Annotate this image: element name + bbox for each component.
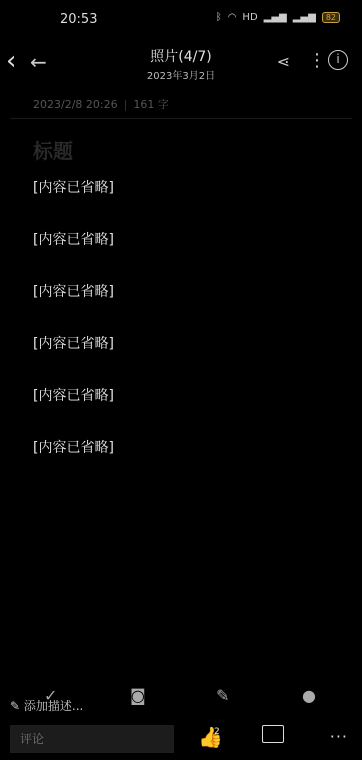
wifi-icon: ◠ bbox=[228, 12, 237, 23]
status-icons: ᛒ ◠ HD ▂▄▆ ▂▄▆ 82 bbox=[216, 12, 340, 23]
note-paragraph: [内容已省略] bbox=[33, 435, 333, 461]
note-title-field[interactable]: 标题 bbox=[33, 135, 73, 164]
more-horizontal-icon[interactable]: ··· bbox=[330, 727, 348, 746]
more-vertical-icon[interactable]: ⋮ bbox=[308, 50, 326, 71]
comment-input[interactable] bbox=[10, 725, 174, 753]
note-body[interactable]: [内容已省略] [内容已省略] [内容已省略] [内容已省略] [内容已省略] … bbox=[33, 175, 333, 487]
signal-icon: ▂▄▆ bbox=[293, 12, 316, 23]
note-paragraph: [内容已省略] bbox=[33, 175, 333, 201]
note-paragraph: [内容已省略] bbox=[33, 279, 333, 305]
status-time: 20:53 bbox=[60, 12, 97, 27]
add-description-button[interactable]: ✎ 添加描述... bbox=[10, 697, 83, 714]
battery-icon: 82 bbox=[322, 12, 340, 23]
pen-icon[interactable]: ✎ bbox=[216, 686, 229, 705]
note-paragraph: [内容已省略] bbox=[33, 227, 333, 253]
status-bar: 20:53 ᛒ ◠ HD ▂▄▆ ▂▄▆ 82 bbox=[0, 0, 362, 40]
note-timestamp: 2023/2/8 20:26 bbox=[33, 98, 118, 111]
edit-icon: ✎ bbox=[10, 699, 20, 713]
signal-icon: ▂▄▆ bbox=[264, 12, 287, 23]
note-paragraph: [内容已省略] bbox=[33, 383, 333, 409]
divider bbox=[10, 118, 352, 119]
note-char-count: 161 字 bbox=[133, 98, 169, 111]
bottom-bar: 👍 2 ··· bbox=[0, 723, 362, 760]
note-paragraph: [内容已省略] bbox=[33, 331, 333, 357]
add-description-label: 添加描述... bbox=[24, 699, 83, 713]
share-icon[interactable]: ⋖ bbox=[277, 52, 290, 71]
camera-icon[interactable]: ◙ bbox=[130, 686, 146, 705]
bluetooth-icon: ᛒ bbox=[216, 12, 222, 23]
info-icon[interactable]: i bbox=[328, 50, 348, 70]
like-count: 2 bbox=[214, 727, 220, 737]
title-bar: ‹ ← 照片(4/7) 2023年3月2日 ⋖ ⋮ i bbox=[0, 40, 362, 88]
microphone-icon[interactable]: ● bbox=[302, 686, 316, 705]
hd-icon: HD bbox=[242, 12, 257, 23]
note-meta: 2023/2/8 20:26|161 字 bbox=[33, 96, 169, 112]
comment-icon[interactable] bbox=[262, 725, 284, 743]
